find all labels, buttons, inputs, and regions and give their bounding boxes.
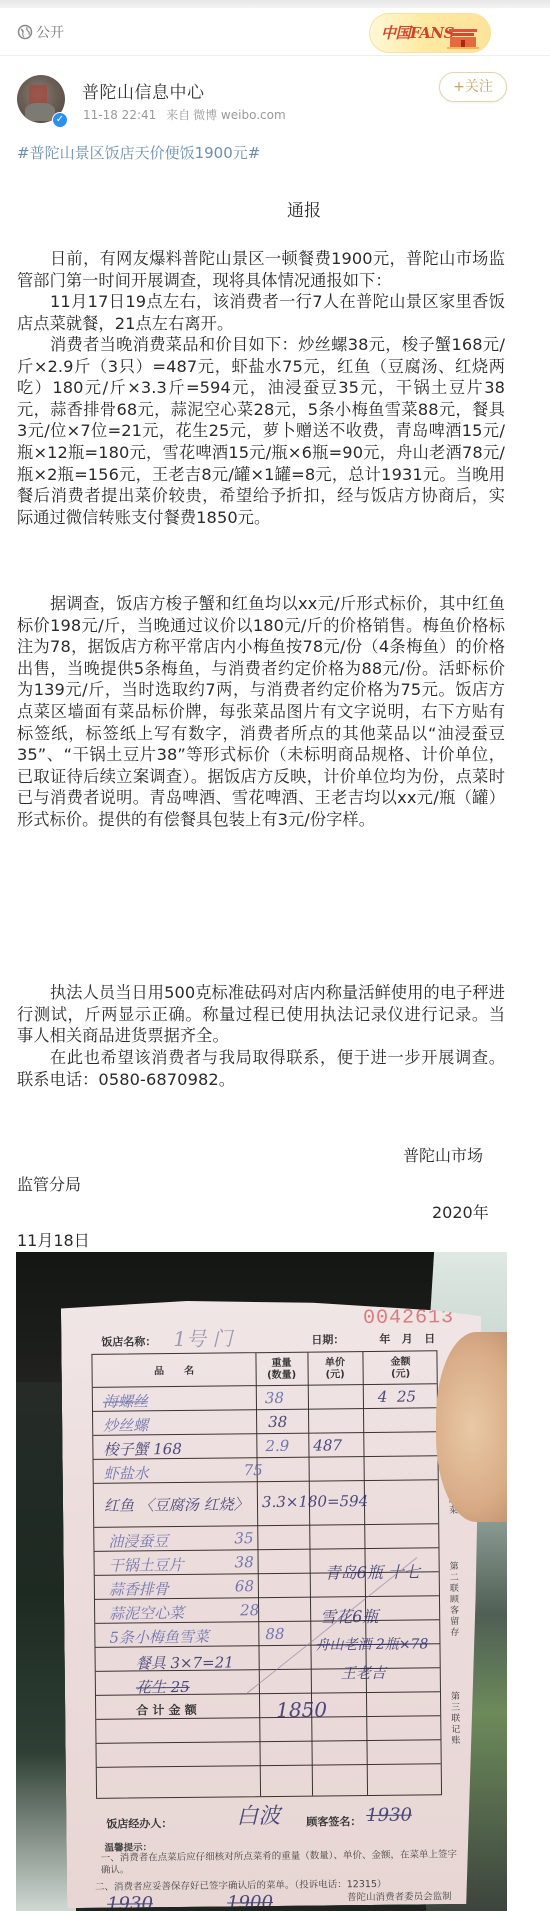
bottom-scribble: 1930 [107,1893,153,1911]
receipt-item-qty: 38 [235,1553,254,1571]
note-1: 一、消费者在点菜后应仔细核对所点菜肴的重量（数量）、单价、金额，在菜单上签字确认… [101,1849,461,1877]
receipt-paper: 0042613 饭店名称： 1号 门 日期： 年 月 日 品 名 重量 (数量)… [61,1292,487,1908]
receipt-side-text: 第二联 顾客留存 [450,1562,461,1639]
notice-paragraph: 执法人员当日用500克标准砝码对店内称量活鲜使用的电子秤进行测试，斤两显示正确。… [17,982,505,1047]
source-prefix: 来自 [166,108,190,122]
post-meta: 11-18 22:41 来自微博 weibo.com [83,106,292,123]
receipt-table: 品 名 重量 (数量) 单价 (元) 金额 (元) 海螺丝 38 4 25 炒丝… [91,1350,442,1799]
date-line-2: 11月18日 [17,1228,90,1251]
receipt-item-name: 油浸蚕豆 [108,1530,168,1552]
notice-title: 通报 [287,196,321,221]
column-divider [255,1353,261,1796]
notice-paragraph: 消费者当晚消费菜品和价目如下：炒丝螺38元，梭子蟹168元/斤×2.9斤（3只）… [17,334,505,528]
receipt-item-name: 5条小梅鱼雪菜 [109,1626,209,1648]
column-divider [307,1353,313,1796]
hashtag-link[interactable]: #普陀山景区饭店天价便饭1900元# [17,142,260,163]
receipt-item-qty: 38 [265,1389,284,1407]
notice-paragraph: 在此也希望该消费者与我局取得联系，便于进一步开展调查。联系电话：0580-687… [17,1047,505,1090]
receipt-item-qty: 3.3×180=594 [262,1492,368,1511]
receipt-item-name: 蒜泥空心菜 [109,1602,184,1624]
signature-line-2: 监管分局 [17,1172,81,1195]
notice-paragraph: 日前，有网友爆料普陀山景区一顿餐费1900元，普陀山市场监管部门第一时间开展调查… [17,248,505,291]
row-line [97,1763,441,1768]
china-fans-badge[interactable]: 中国FANS [369,13,491,53]
visibility-label: 公开 [36,22,64,42]
column-header-qty: 重量 (数量) [255,1358,307,1383]
notice-paragraph: 11月17日19点左右，该消费者一行7人在普陀山景区家里香饭店点菜就餐，21点左… [17,291,505,334]
signature-line-1: 普陀山市场 [403,1143,483,1166]
follow-button[interactable]: +关注 [439,72,507,102]
receipt-item-qty: 2.9 [265,1437,289,1455]
receipt-item-name: 梭子蟹 168 [103,1438,182,1460]
customer-signature: 1930 [366,1805,412,1826]
customer-label: 顾客签名： [306,1813,361,1830]
globe-icon [17,24,33,40]
total-value: 1850 [276,1697,327,1722]
fans-badge-label: 中国FANS [381,22,454,43]
visibility-indicator[interactable]: 公开 [17,22,64,42]
verified-badge-icon: ✓ [52,112,68,128]
row-line [94,1523,438,1528]
operator-label: 饭店经办人： [106,1815,172,1832]
total-label: 合 计 金 额 [136,1704,197,1717]
receipt-item-qty: 28 [240,1601,259,1619]
avatar-sign [29,85,47,105]
operator-signature: 白波 [236,1799,280,1830]
receipt-item-qty: 38 [268,1413,287,1431]
receipt-item-price: 487 [313,1436,342,1454]
receipt-item-amount: 舟山老酒 2瓶×78 [315,1633,428,1654]
date-label: 日期： [311,1331,344,1347]
date-units: 年 月 日 [379,1330,435,1347]
receipt-item-name: 花生 25 [136,1676,190,1698]
note-2: 二、消费者应妥善保存好已签字确认后的菜单。（投诉电话：12315） [95,1876,387,1893]
receipt-item-amount: 青岛6瓶 十七 [325,1559,421,1583]
receipt-item-qty: 88 [265,1625,284,1643]
shop-name-handwriting: 1号 门 [173,1322,232,1352]
receipt-item-qty: 35 [234,1529,253,1547]
receipt-item-amount: 王老吉 [341,1662,386,1683]
post-time: 11-18 22:41 [83,108,156,122]
shop-name-label: 饭店名称： [101,1333,156,1350]
receipt-item-name: 虾盐水 [104,1462,149,1483]
bottom-scribble: 1900 [227,1892,273,1911]
receipt-side-text: 第三联 记账 [451,1692,462,1747]
finger [436,1332,507,1522]
receipt-item-qty: 68 [235,1577,254,1595]
receipt-item-amount: 雪花6瓶 [320,1604,378,1628]
post-source: 微博 weibo.com [193,108,286,122]
receipt-item-amount: 4 25 [378,1388,416,1406]
post-header: ✓ 普陀山信息中心 11-18 22:41 来自微博 weibo.com +关注 [0,56,550,136]
receipt-item-name: 炒丝螺 [103,1414,148,1435]
receipt-item-name: 红鱼 〈豆腐汤 红烧〉 [104,1493,249,1516]
column-header-amount: 金额 (元) [362,1356,438,1381]
receipt-item-name: 餐具 3×7=21 [136,1651,234,1673]
row-line [96,1739,440,1744]
receipt-item-name: 干锅土豆片 [109,1554,184,1576]
notice-paragraph: 据调查，饭店方梭子蟹和红鱼均以xx元/斤形式标价，其中红鱼标价198元/斤，当晚… [17,593,505,831]
receipt-item-name: 蒜香排骨 [109,1578,169,1600]
date-line-1: 2020年 [432,1200,489,1223]
receipt-issuer: 普陀山消费者委员会监制 [347,1888,452,1903]
receipt-item-qty: 75 [244,1461,263,1479]
visibility-bar: 公开 中国FANS [0,8,550,56]
author-name[interactable]: 普陀山信息中心 [82,78,205,103]
top-shadow [0,0,550,8]
column-header-price: 单价 (元) [307,1357,362,1382]
column-header-name: 品 名 [93,1365,256,1379]
avatar-stone [25,103,55,121]
receipt-photo[interactable]: 0042613 饭店名称： 1号 门 日期： 年 月 日 品 名 重量 (数量)… [16,1252,507,1911]
receipt-item-name: 海螺丝 [103,1390,148,1411]
tiananmen-icon [447,25,479,49]
